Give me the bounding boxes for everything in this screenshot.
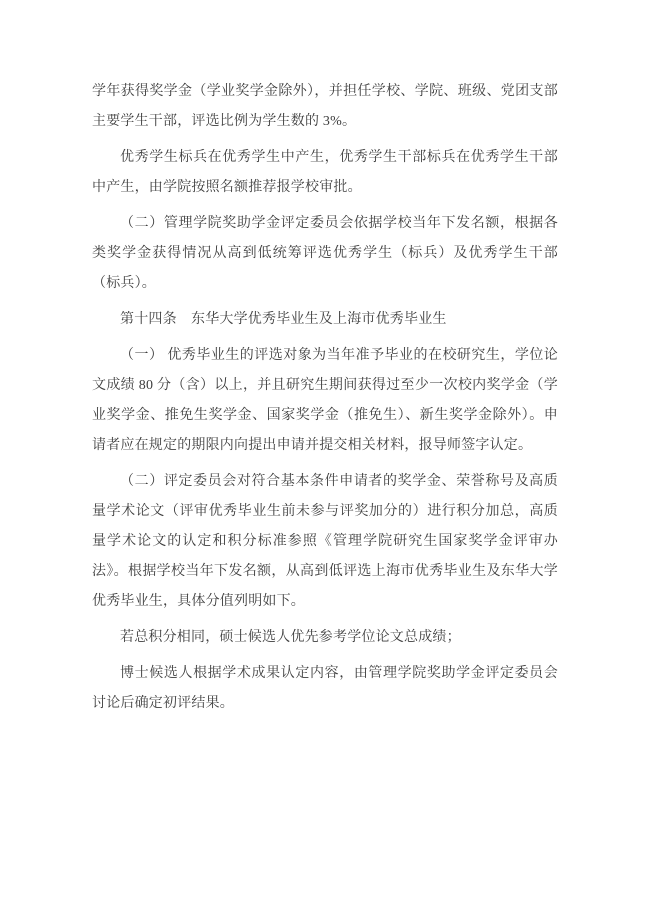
clause-heading: 第十四条 东华大学优秀毕业生及上海市优秀毕业生 xyxy=(92,305,558,335)
paragraph: 优秀学生标兵在优秀学生中产生，优秀学生干部标兵在优秀学生干部中产生，由学院按照名… xyxy=(92,143,558,203)
paragraph: （二）评定委员会对符合基本条件申请者的奖学金、荣誉称号及高质量学术论文（评审优秀… xyxy=(92,467,558,617)
paragraph: （二）管理学院奖助学金评定委员会依据学校当年下发名额，根据各类奖学金获得情况从高… xyxy=(92,209,558,299)
paragraph-continuation: 学年获得奖学金（学业奖学金除外），并担任学校、学院、班级、党团支部主要学生干部，… xyxy=(92,77,558,137)
paragraph: 若总积分相同，硕士候选人优先参考学位论文总成绩； xyxy=(92,623,558,653)
paragraph: 博士候选人根据学术成果认定内容，由管理学院奖助学金评定委员会讨论后确定初评结果。 xyxy=(92,659,558,719)
paragraph: （一） 优秀毕业生的评选对象为当年准予毕业的在校研究生，学位论文成绩 80 分（… xyxy=(92,341,558,461)
document-page: 学年获得奖学金（学业奖学金除外），并担任学校、学院、班级、党团支部主要学生干部，… xyxy=(0,0,650,919)
